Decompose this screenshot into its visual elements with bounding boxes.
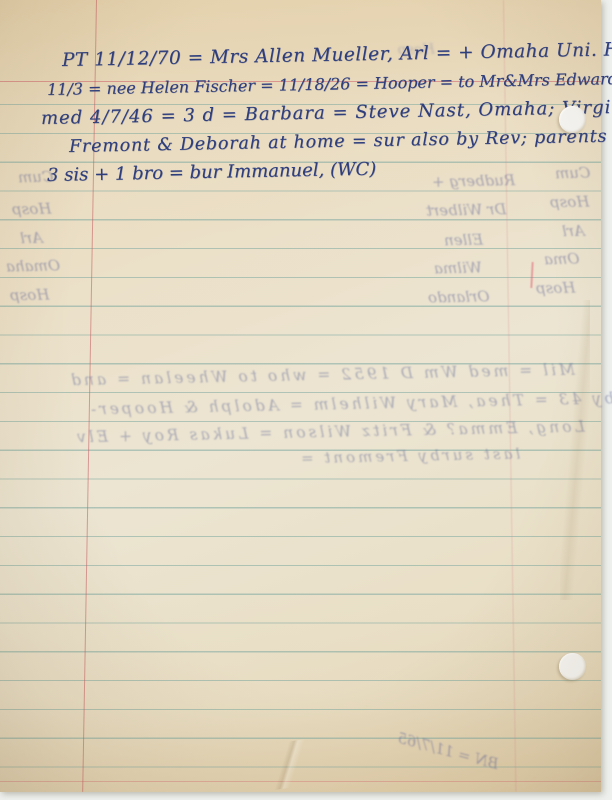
bleed-text: Hosp — [10, 286, 50, 305]
bleed-text: Cum — [555, 164, 591, 183]
bleed-text: Omaha — [6, 256, 60, 275]
handwriting-line: 11/3 = nee Helen Fischer = 11/18/26 = Ho… — [47, 68, 612, 99]
bleed-text: Arl — [20, 229, 43, 247]
bottom-margin-line — [0, 781, 601, 782]
bleed-text: Dr Wilbert — [426, 200, 507, 220]
bleed-text: Hosp — [550, 193, 590, 212]
bleed-text: Wilma — [434, 259, 482, 278]
bleed-text: Orlando — [428, 287, 490, 306]
hole-punch-bottom — [559, 653, 586, 680]
hole-punch-top — [559, 106, 586, 133]
paper-sheet: Hosp Cum Hosp Arl Omaha Hosp Rudberg + D… — [0, 0, 601, 792]
bleed-text: Arl — [562, 222, 585, 240]
bleed-text: Hosp — [12, 200, 52, 219]
bleed-text: Rudberg + — [432, 171, 516, 191]
bleed-text: Ellen — [444, 231, 483, 250]
bleed-text: Oma — [544, 250, 580, 269]
handwriting-line: PT 11/12/70 = Mrs Allen Mueller, Arl = +… — [62, 39, 612, 71]
scan-background: Hosp Cum Hosp Arl Omaha Hosp Rudberg + D… — [0, 0, 612, 800]
bleed-text: Hosp — [536, 279, 576, 298]
